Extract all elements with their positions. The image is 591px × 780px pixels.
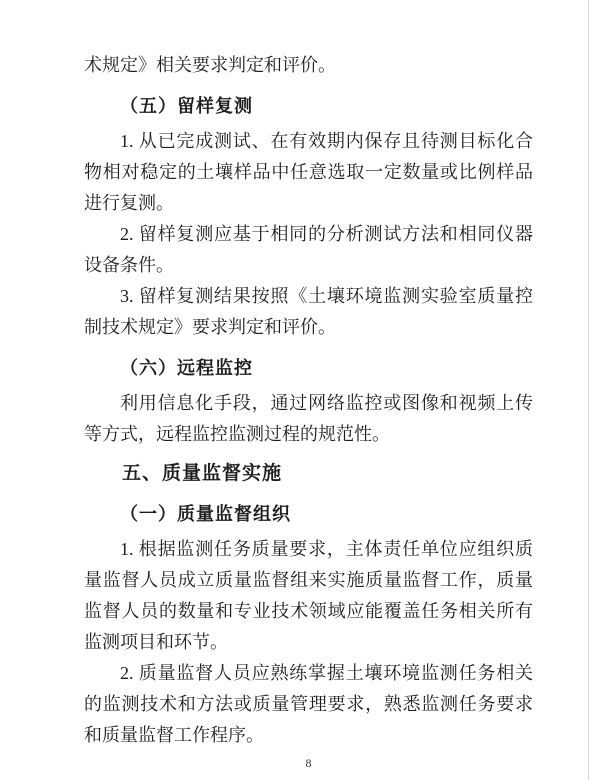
page-number: 8 xyxy=(84,755,533,771)
subsection-heading-6-remote-monitoring: （六）远程监控 xyxy=(84,353,533,384)
numbered-paragraph-supervision-1: 1. 根据监测任务质量要求，主体责任单位应组织质量监督人员成立质量监督组来实施质… xyxy=(84,534,533,658)
body-paragraph-remote-monitoring: 利用信息化手段，通过网络监控或图像和视频上传等方式，远程监控监测过程的规范性。 xyxy=(84,388,533,450)
body-text-continuation-line: 术规定》相关要求判定和评价。 xyxy=(84,50,533,81)
subsection-heading-5-retest: （五）留样复测 xyxy=(84,91,533,122)
section-heading-5-quality-supervision: 五、质量监督实施 xyxy=(84,458,533,489)
document-body: 术规定》相关要求判定和评价。 （五）留样复测 1. 从已完成测试、在有效期内保存… xyxy=(0,0,591,771)
subsection-heading-1-supervision-organization: （一）质量监督组织 xyxy=(84,499,533,530)
numbered-paragraph-2: 2. 留样复测应基于相同的分析测试方法和相同仪器设备条件。 xyxy=(84,219,533,281)
document-page: { "colors": { "page_background": "#fffff… xyxy=(0,0,591,780)
numbered-paragraph-1: 1. 从已完成测试、在有效期内保存且待测目标化合物相对稳定的土壤样品中任意选取一… xyxy=(84,126,533,219)
scan-edge-line xyxy=(588,0,589,780)
numbered-paragraph-3: 3. 留样复测结果按照《土壤环境监测实验室质量控制技术规定》要求判定和评价。 xyxy=(84,281,533,343)
numbered-paragraph-supervision-2: 2. 质量监督人员应熟练掌握土壤环境监测任务相关的监测技术和方法或质量管理要求，… xyxy=(84,658,533,751)
